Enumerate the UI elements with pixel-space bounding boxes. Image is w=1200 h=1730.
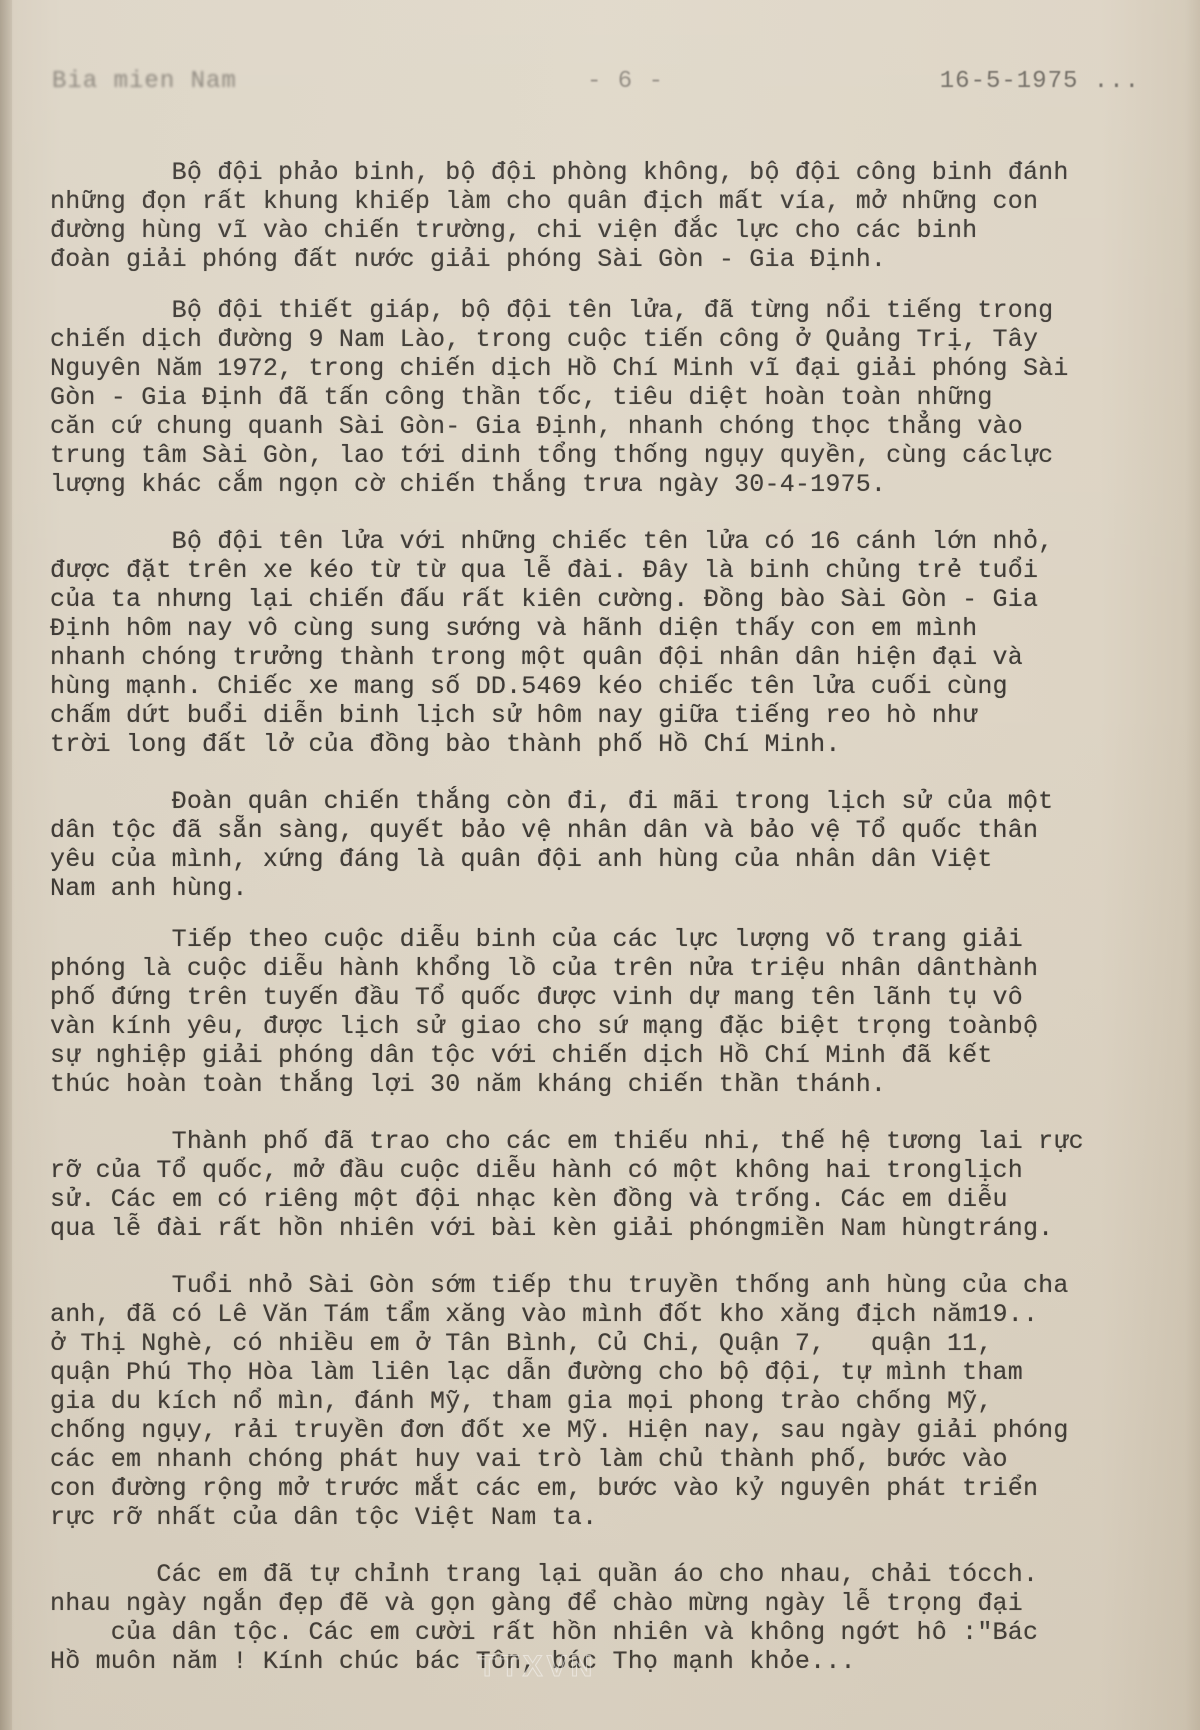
paragraph: Bộ đội tên lửa với những chiếc tên lửa c…	[50, 527, 1200, 759]
text-line: Nguyên Năm 1972, trong chiến dịch Hồ Chí…	[50, 354, 1200, 383]
paragraph: Bộ đội phảo binh, bộ đội phòng không, bộ…	[50, 158, 1200, 274]
text-line: chống ngụy, rải truyền đơn đốt xe Mỹ. Hi…	[50, 1416, 1200, 1445]
text-line: những đọn rất khung khiếp làm cho quân đ…	[50, 187, 1200, 216]
text-line: chiến dịch đường 9 Nam Lào, trong cuộc t…	[50, 325, 1200, 354]
text-line: Các em đã tự chỉnh trang lại quần áo cho…	[50, 1560, 1200, 1589]
paragraph: Bộ đội thiết giáp, bộ đội tên lửa, đã từ…	[50, 296, 1200, 499]
text-line: sự nghiệp giải phóng dân tộc với chiến d…	[50, 1041, 1200, 1070]
text-line: Thành phố đã trao cho các em thiếu nhi, …	[50, 1127, 1200, 1156]
text-line: các em nhanh chóng phát huy vai trò làm …	[50, 1445, 1200, 1474]
text-line: đoàn giải phóng đất nước giải phóng Sài …	[50, 245, 1200, 274]
text-line: chấm dứt buổi diễn binh lịch sử hôm nay …	[50, 701, 1200, 730]
text-line: qua lễ đài rất hồn nhiên với bài kèn giả…	[50, 1214, 1200, 1243]
paragraph: Thành phố đã trao cho các em thiếu nhi, …	[50, 1127, 1200, 1243]
watermark-logo: TTXVN	[478, 1650, 728, 1684]
text-line: Bộ đội tên lửa với những chiếc tên lửa c…	[50, 527, 1200, 556]
paragraph-spacer	[50, 1243, 1200, 1271]
text-line: căn cứ chung quanh Sài Gòn- Gia Định, nh…	[50, 412, 1200, 441]
text-line: Bộ đội phảo binh, bộ đội phòng không, bộ…	[50, 158, 1200, 187]
paragraph-spacer	[50, 1099, 1200, 1127]
text-line: con đường rộng mở trước mắt các em, bước…	[50, 1474, 1200, 1503]
document-body: Bộ đội phảo binh, bộ đội phòng không, bộ…	[50, 158, 1200, 1676]
paragraph-spacer	[50, 903, 1200, 925]
text-line: rỡ của Tổ quốc, mở đầu cuộc diễu hành có…	[50, 1156, 1200, 1185]
text-line: rực rỡ nhất của dân tộc Việt Nam ta.	[50, 1503, 1200, 1532]
text-line: Tiếp theo cuộc diễu binh của các lực lượ…	[50, 925, 1200, 954]
paragraph-spacer	[50, 1532, 1200, 1560]
text-line: Đoàn quân chiến thắng còn đi, đi mãi tro…	[50, 787, 1200, 816]
text-line: Định hôm nay vô cùng sung sướng và hãnh …	[50, 614, 1200, 643]
text-line: Gòn - Gia Định đã tấn công thần tốc, tiê…	[50, 383, 1200, 412]
text-line: của ta nhưng lại chiến đấu rất kiên cườn…	[50, 585, 1200, 614]
text-line: Tuổi nhỏ Sài Gòn sớm tiếp thu truyền thố…	[50, 1271, 1200, 1300]
text-line: phóng là cuộc diễu hành khổng lồ của trê…	[50, 954, 1200, 983]
text-line: nhau ngày ngắn đẹp đẽ và gọn gàng để chà…	[50, 1589, 1200, 1618]
header-left-label: Bia mien Nam	[52, 68, 237, 95]
text-line: được đặt trên xe kéo từ từ qua lễ đài. Đ…	[50, 556, 1200, 585]
header-date: 16-5-1975 ...	[940, 68, 1140, 95]
scanned-document-page: Bia mien Nam - 6 - 16-5-1975 ... Bộ đội …	[0, 0, 1200, 1730]
text-line: hùng mạnh. Chiếc xe mang số DD.5469 kéo …	[50, 672, 1200, 701]
text-line: quận Phú Thọ Hòa làm liên lạc dẫn đường …	[50, 1358, 1200, 1387]
text-line: thúc hoàn toàn thắng lợi 30 năm kháng ch…	[50, 1070, 1200, 1099]
text-line: anh, đã có Lê Văn Tám tẩm xăng vào mình …	[50, 1300, 1200, 1329]
text-line: nhanh chóng trưởng thành trong một quân …	[50, 643, 1200, 672]
paragraph: Đoàn quân chiến thắng còn đi, đi mãi tro…	[50, 787, 1200, 903]
paper-binding-edge	[0, 0, 12, 1730]
text-line: gia du kích nổ mìn, đánh Mỹ, tham gia mọ…	[50, 1387, 1200, 1416]
page-header: Bia mien Nam - 6 - 16-5-1975 ...	[52, 68, 1140, 98]
paragraph-spacer	[50, 759, 1200, 787]
text-line: phố đứng trên tuyến đầu Tổ quốc được vin…	[50, 983, 1200, 1012]
text-line: sử. Các em có riêng một đội nhạc kèn đồn…	[50, 1185, 1200, 1214]
paragraph-spacer	[50, 499, 1200, 527]
text-line: Bộ đội thiết giáp, bộ đội tên lửa, đã từ…	[50, 296, 1200, 325]
paragraph: Tiếp theo cuộc diễu binh của các lực lượ…	[50, 925, 1200, 1099]
text-line: Nam anh hùng.	[50, 874, 1200, 903]
paragraph-spacer	[50, 274, 1200, 296]
text-line: dân tộc đã sẵn sàng, quyết bảo vệ nhân d…	[50, 816, 1200, 845]
text-line: ở Thị Nghè, có nhiều em ở Tân Bình, Củ C…	[50, 1329, 1200, 1358]
text-line: lượng khác cắm ngọn cờ chiến thắng trưa …	[50, 470, 1200, 499]
text-line: trời long đất lở của đồng bào thành phố …	[50, 730, 1200, 759]
paragraph: Tuổi nhỏ Sài Gòn sớm tiếp thu truyền thố…	[50, 1271, 1200, 1532]
text-line: của dân tộc. Các em cười rất hồn nhiên v…	[50, 1618, 1200, 1647]
page-number: - 6 -	[587, 68, 664, 95]
text-line: vàn kính yêu, được lịch sử giao cho sứ m…	[50, 1012, 1200, 1041]
text-line: trung tâm Sài Gòn, lao tới dinh tổng thố…	[50, 441, 1200, 470]
text-line: yêu của mình, xứng đáng là quân đội anh …	[50, 845, 1200, 874]
text-line: đường hùng vĩ vào chiến trường, chi viện…	[50, 216, 1200, 245]
